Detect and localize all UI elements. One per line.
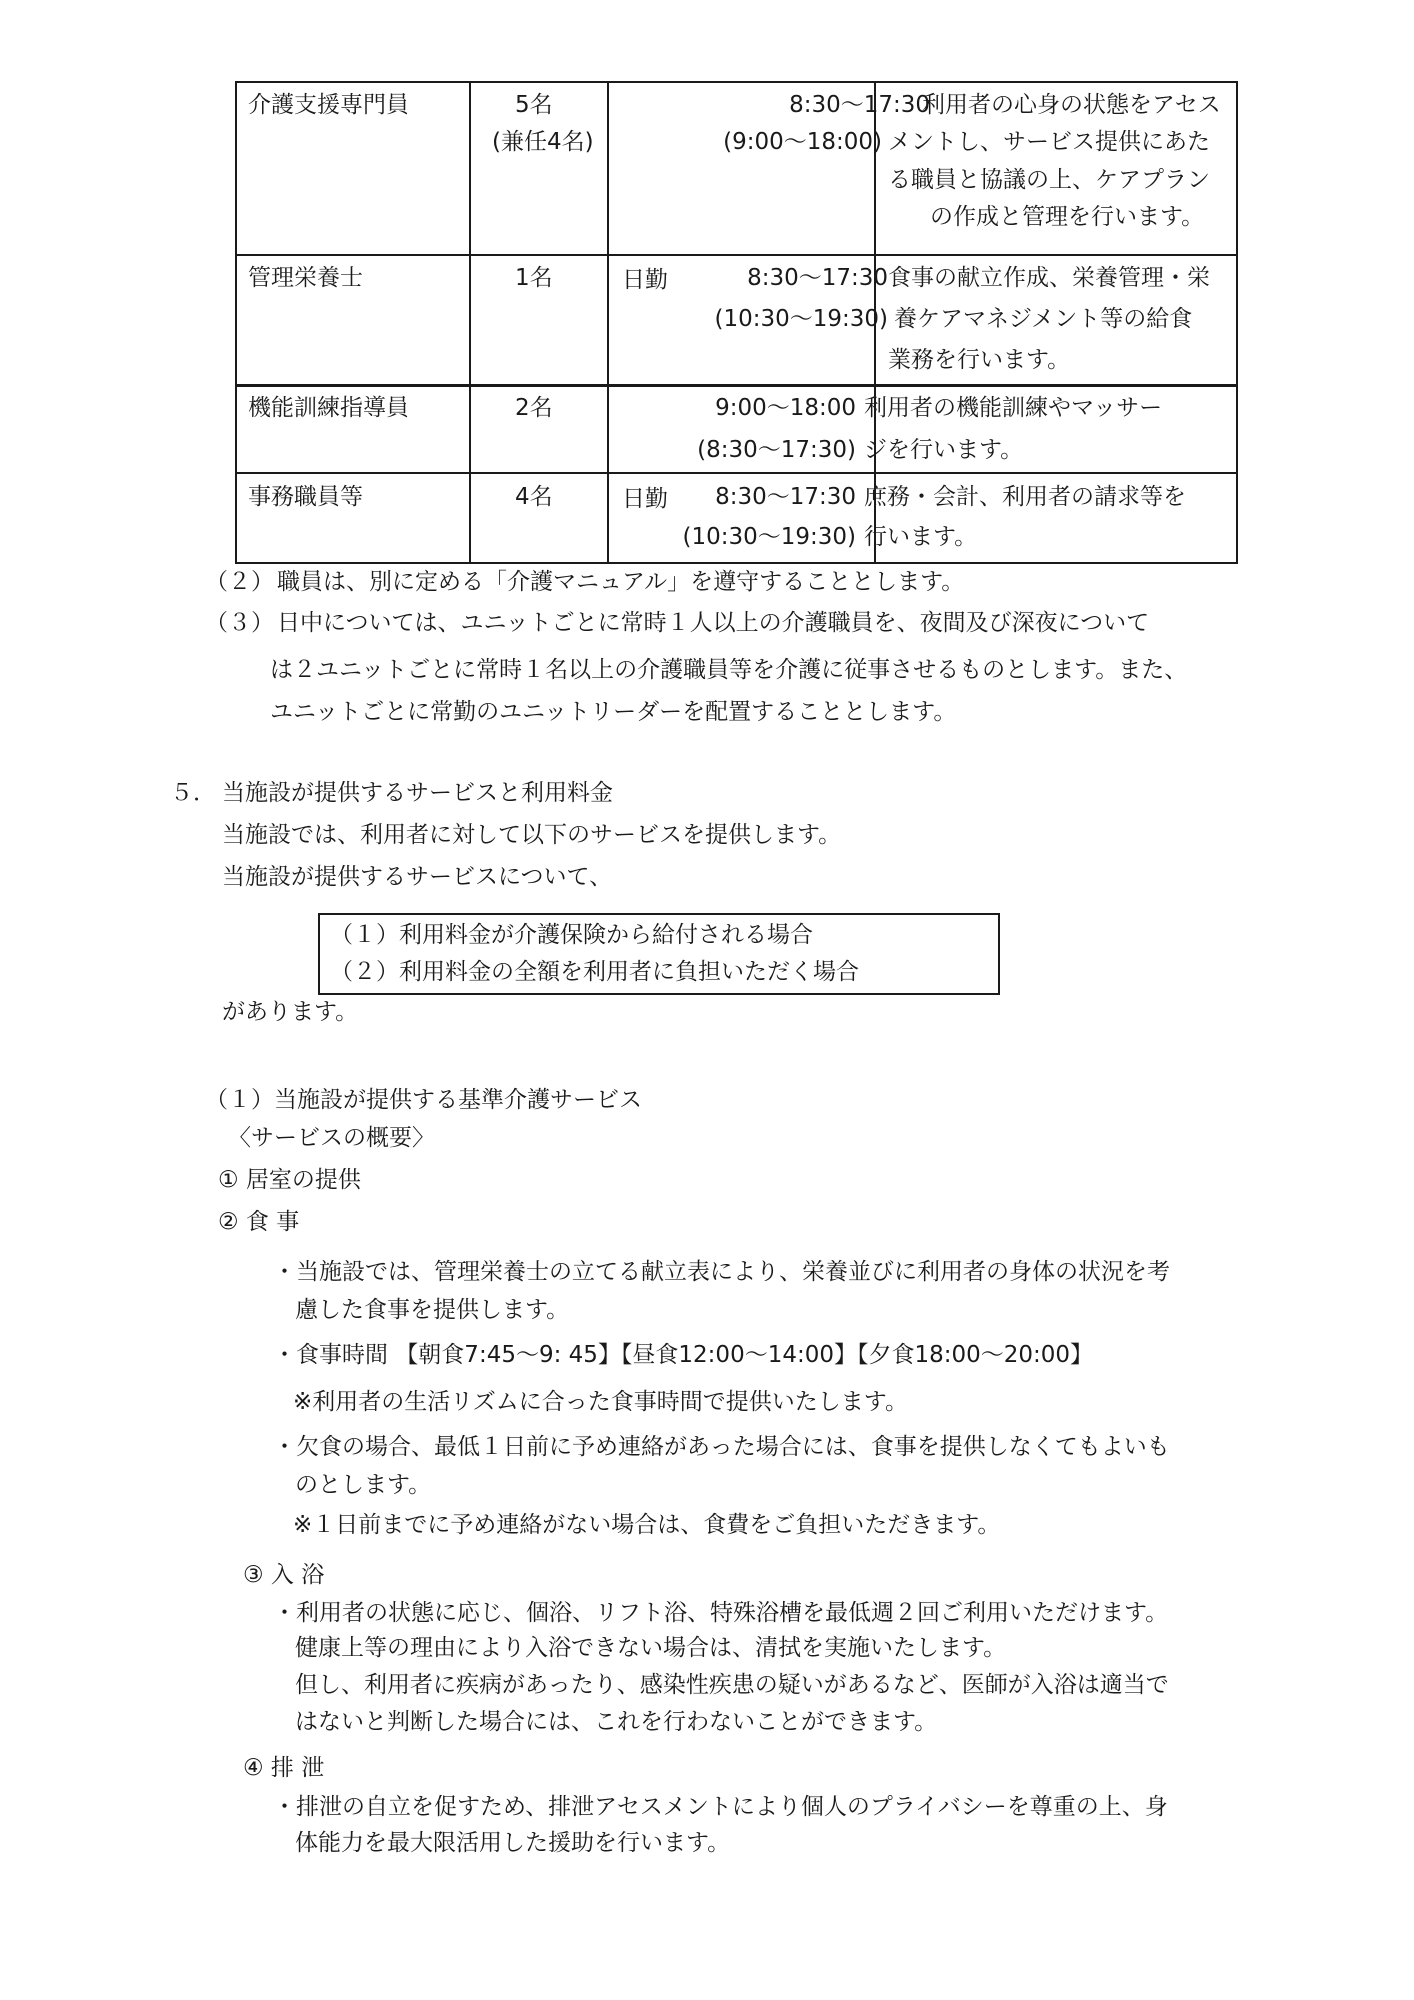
hours-line: (8:30～17:30) bbox=[620, 435, 856, 465]
paragraph: 当施設では、利用者に対して以下のサービスを提供します。 bbox=[222, 820, 841, 850]
payment-type-item: （１）利用料金が介護保険から給付される場合 bbox=[330, 920, 813, 950]
role-cell: 管理栄養士 bbox=[248, 263, 363, 293]
bullet-text: 但し、利用者に疾病があったり、感染性疾患の疑いがあるなど、医師が入浴は適当で bbox=[295, 1670, 1169, 1700]
paragraph: 当施設が提供するサービスについて、 bbox=[222, 862, 612, 892]
section-title: 当施設が提供するサービスと利用料金 bbox=[222, 778, 613, 808]
hours-line: (10:30～19:30) bbox=[620, 522, 856, 552]
section-number: ５． bbox=[170, 778, 216, 808]
bullet-text: ・排泄の自立を促すため、排泄アセスメントにより個人のプライバシーを尊重の上、身 bbox=[273, 1792, 1168, 1822]
bullet-text: 健康上等の理由により入浴できない場合は、清拭を実施いたします。 bbox=[295, 1633, 1006, 1663]
count-cell: 5名 bbox=[515, 90, 553, 120]
note-text: は２ユニットごとに常時１名以上の介護職員等を介護に従事させるものとします。また、 bbox=[270, 655, 1187, 685]
paragraph: があります。 bbox=[222, 997, 358, 1027]
note-number: （２） bbox=[205, 567, 274, 597]
service-item-bathing: ③ 入 浴 bbox=[243, 1560, 324, 1590]
hours-line: (9:00～18:00) bbox=[620, 127, 882, 157]
bullet-text: 体能力を最大限活用した援助を行います。 bbox=[295, 1828, 730, 1858]
duties-line: 食事の献立作成、栄養管理・栄 bbox=[888, 263, 1210, 293]
table-row-divider bbox=[235, 472, 1238, 474]
payment-type-item: （２）利用料金の全額を利用者に負担いただく場合 bbox=[330, 957, 859, 987]
count-cell: 4名 bbox=[515, 482, 553, 512]
duties-line: 養ケアマネジメント等の給食 bbox=[894, 304, 1192, 334]
duties-line: る職員と協議の上、ケアプラン bbox=[888, 165, 1210, 195]
duties-line: メントし、サービス提供にあた bbox=[888, 127, 1210, 157]
service-item-toileting: ④ 排 泄 bbox=[243, 1753, 324, 1783]
count-cell: 2名 bbox=[515, 393, 553, 423]
table-col-divider bbox=[469, 81, 471, 564]
service-item-room: ① 居室の提供 bbox=[218, 1165, 361, 1195]
table-row-divider bbox=[235, 384, 1238, 387]
table-border-bottom bbox=[235, 562, 1238, 564]
count-cell: 1名 bbox=[515, 263, 553, 293]
hours-line: 9:00～18:00 bbox=[620, 393, 856, 423]
table-col-divider bbox=[874, 81, 876, 564]
role-cell: 介護支援専門員 bbox=[248, 90, 409, 120]
note-text: 日中については、ユニットごとに常時１人以上の介護職員を、夜間及び深夜について bbox=[277, 608, 1149, 638]
subsection-title: （１）当施設が提供する基準介護サービス bbox=[205, 1085, 642, 1115]
bullet-text: ※１日前までに予め連絡がない場合は、食費をご負担いただきます。 bbox=[293, 1510, 1000, 1540]
service-item-meals: ② 食 事 bbox=[218, 1207, 299, 1237]
hours-line: 8:30～17:30 bbox=[620, 263, 888, 293]
count-note: (兼任4名) bbox=[492, 127, 594, 157]
duties-line: 庶務・会計、利用者の請求等を bbox=[864, 482, 1186, 512]
bullet-text: ・食事時間 【朝食7:45～9: 45】【昼食12:00～14:00】【夕食18… bbox=[273, 1340, 1093, 1370]
bullet-text: のとします。 bbox=[295, 1470, 431, 1500]
duties-line: ジを行います。 bbox=[864, 435, 1023, 465]
table-row-divider bbox=[235, 254, 1238, 256]
note-text: ユニットごとに常勤のユニットリーダーを配置することとします。 bbox=[270, 697, 956, 727]
bullet-text: 慮した食事を提供します。 bbox=[295, 1295, 569, 1325]
duties-line: の作成と管理を行います。 bbox=[930, 202, 1204, 232]
overview-label: 〈サービスの概要〉 bbox=[228, 1123, 435, 1153]
table-border-top bbox=[235, 81, 1238, 83]
hours-line: (10:30～19:30) bbox=[620, 304, 888, 334]
duties-line: 行います。 bbox=[864, 522, 977, 552]
table-border-right bbox=[1236, 81, 1238, 564]
bullet-text: ・利用者の状態に応じ、個浴、リフト浴、特殊浴槽を最低週２回ご利用いただけます。 bbox=[273, 1598, 1168, 1628]
duties-line: 業務を行います。 bbox=[888, 345, 1070, 375]
role-cell: 機能訓練指導員 bbox=[248, 393, 409, 423]
bullet-text: ・欠食の場合、最低１日前に予め連絡があった場合には、食事を提供しなくてもよいも bbox=[273, 1432, 1170, 1462]
note-text: 職員は、別に定める「介護マニュアル」を遵守することとします。 bbox=[277, 567, 964, 597]
hours-line: 8:30～17:30 bbox=[620, 482, 856, 512]
note-number: （３） bbox=[205, 608, 274, 638]
role-cell: 事務職員等 bbox=[248, 482, 363, 512]
table-col-divider bbox=[607, 81, 609, 564]
bullet-text: はないと判断した場合には、これを行わないことができます。 bbox=[295, 1707, 937, 1737]
duties-line: 利用者の機能訓練やマッサー bbox=[864, 393, 1162, 423]
duties-line: 利用者の心身の状態をアセス bbox=[922, 90, 1221, 120]
bullet-text: ※利用者の生活リズムに合った食事時間で提供いたします。 bbox=[293, 1387, 908, 1417]
hours-line: 8:30～17:30 bbox=[620, 90, 930, 120]
table-border-left bbox=[235, 81, 237, 564]
bullet-text: ・当施設では、管理栄養士の立てる献立表により、栄養並びに利用者の身体の状況を考 bbox=[273, 1257, 1170, 1287]
